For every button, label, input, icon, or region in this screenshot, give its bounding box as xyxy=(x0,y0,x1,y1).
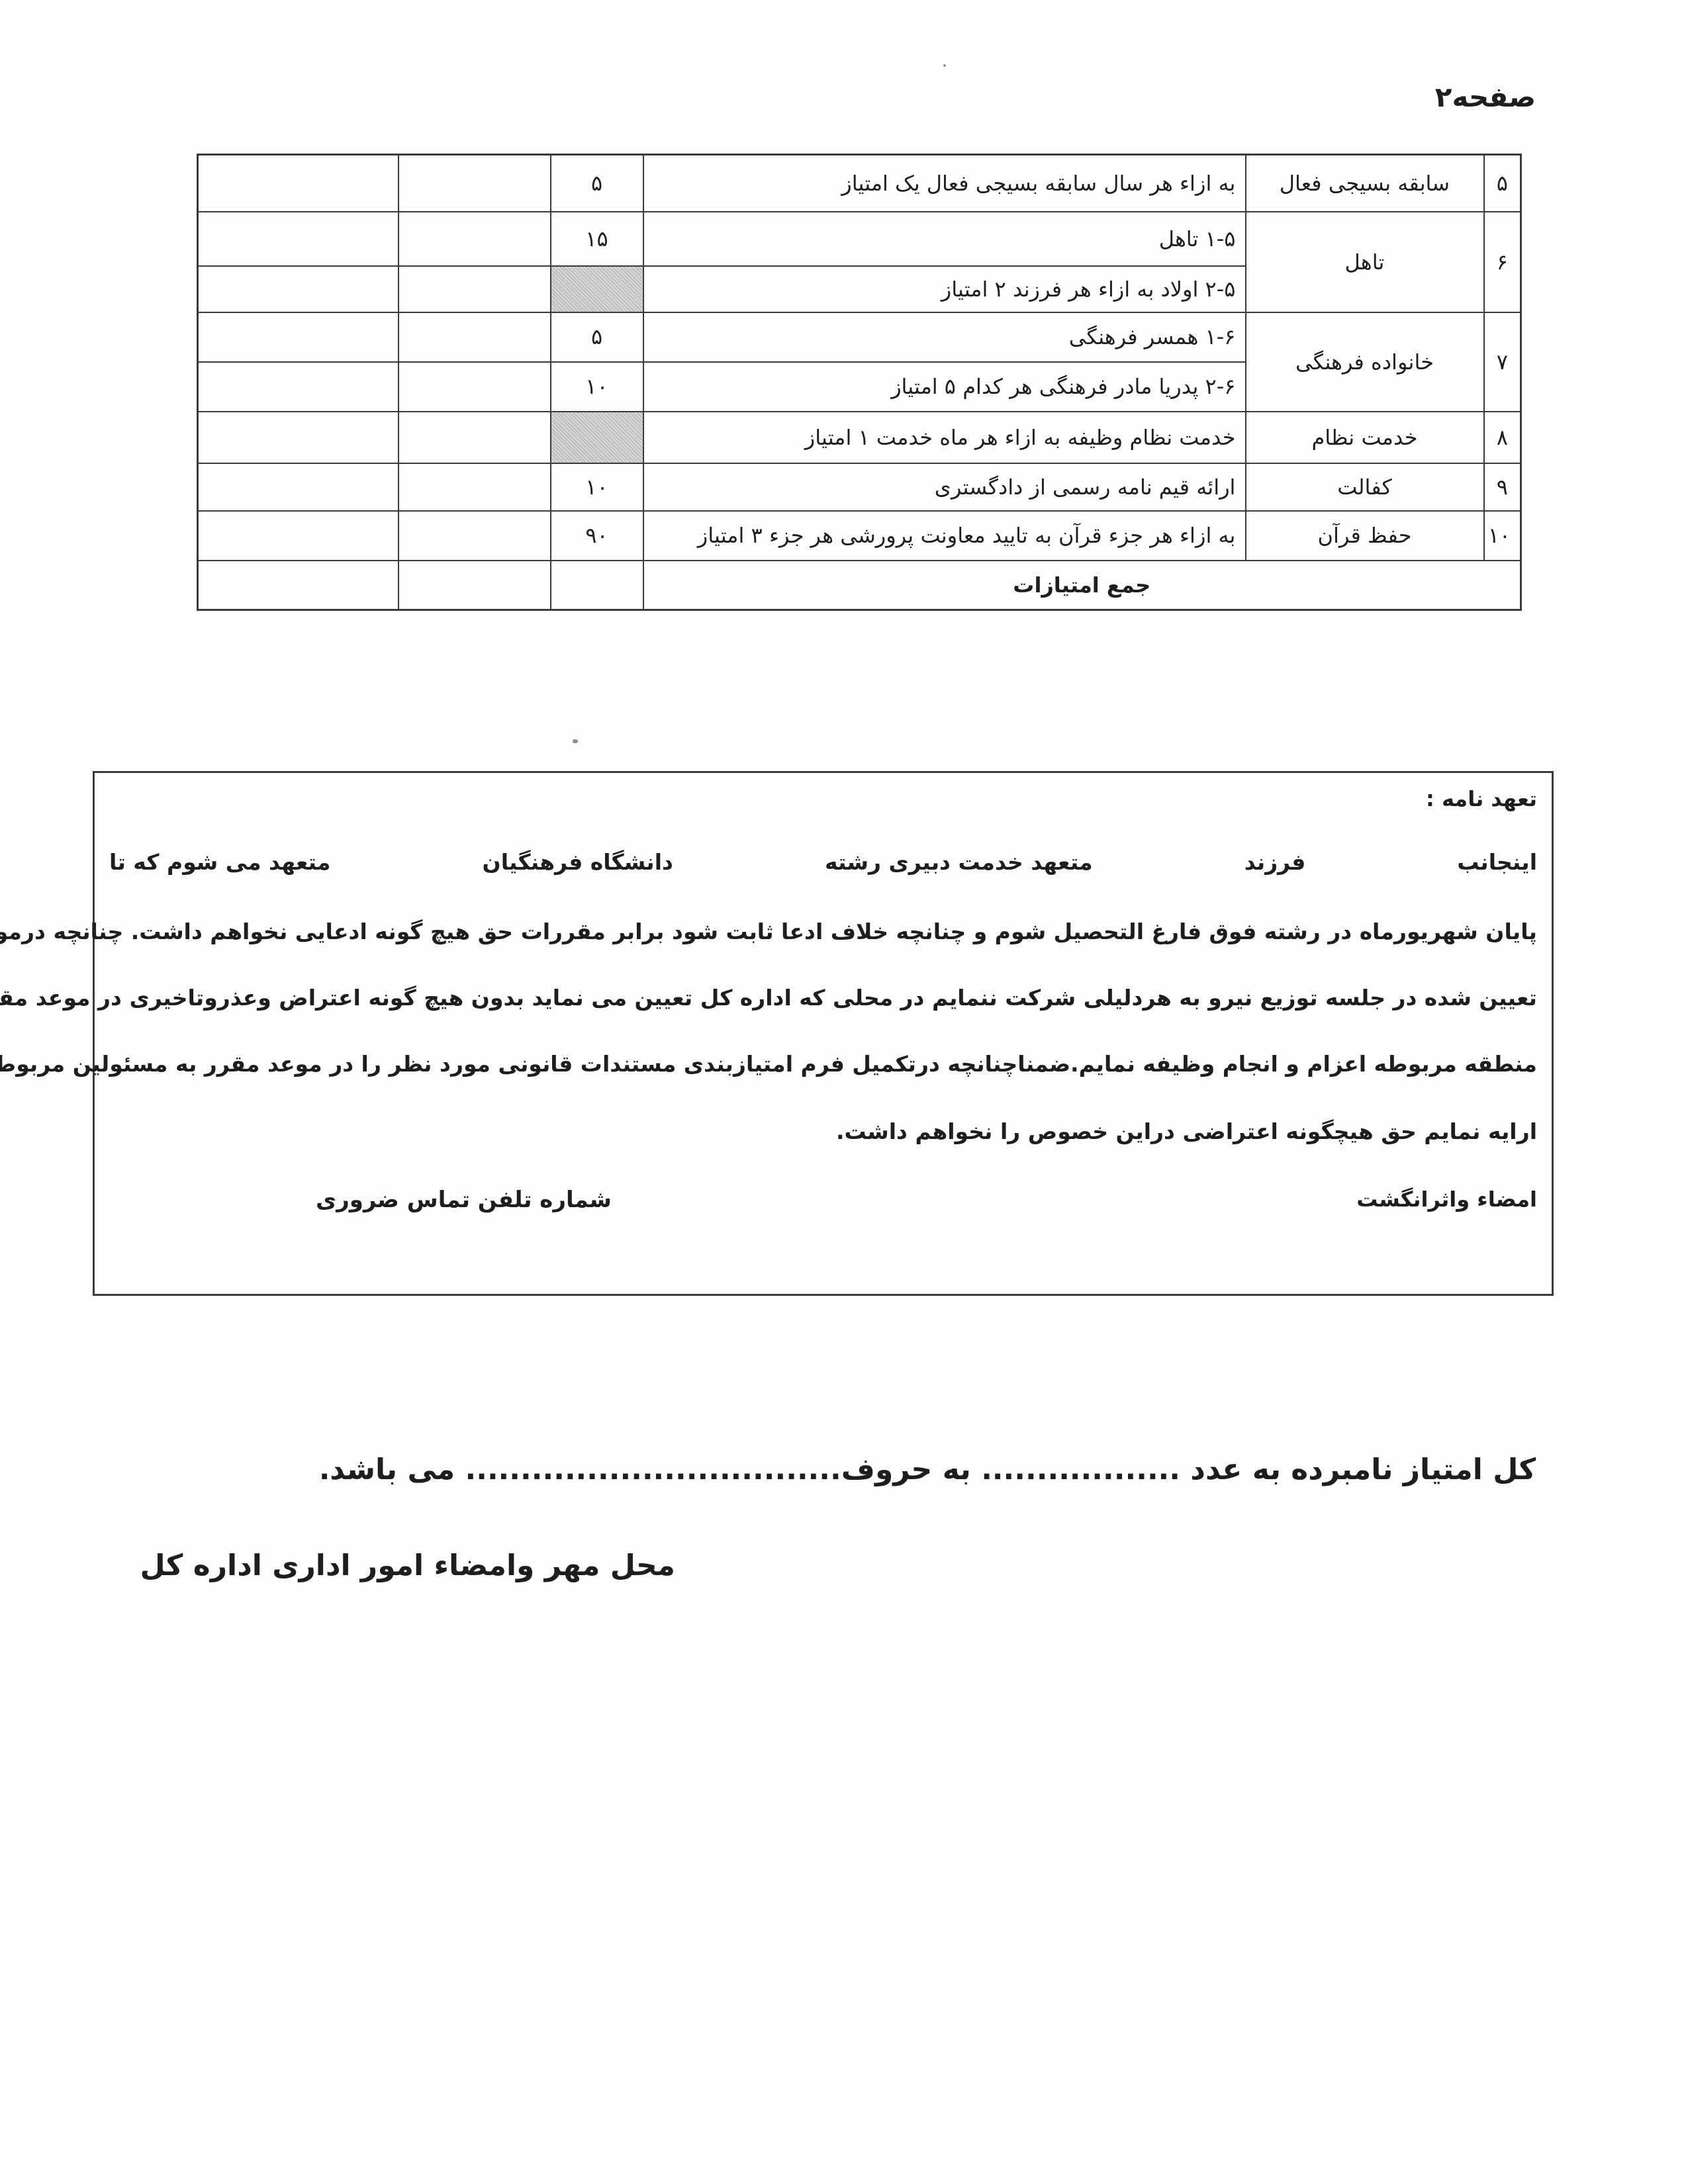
row-description: ۱-۵ تاهل xyxy=(643,212,1246,266)
verified-score-cell[interactable] xyxy=(198,155,399,212)
row-description: خدمت نظام وظیفه به ازاء هر ماه خدمت ۱ ام… xyxy=(643,412,1246,463)
row-number: ۶ xyxy=(1484,212,1521,312)
signature-label: امضاء واثرانگشت xyxy=(1356,1187,1537,1212)
row-category: تاهل xyxy=(1246,212,1484,312)
score-table: ۵سابقه بسیجی فعالبه ازاء هر سال سابقه بس… xyxy=(197,154,1522,611)
table-row: ۶تاهل۱-۵ تاهل۱۵ xyxy=(198,212,1521,266)
max-score-cell: ۵ xyxy=(551,312,643,362)
verified-score-cell[interactable] xyxy=(198,463,399,511)
applicant-score-cell[interactable] xyxy=(399,511,551,561)
score-cell-shaded xyxy=(551,266,643,312)
pledge-word: متعهد می شوم که تا xyxy=(109,849,330,875)
total-applicant-score-cell[interactable] xyxy=(399,561,551,610)
verified-score-cell[interactable] xyxy=(198,362,399,412)
pledge-word: دانشگاه فرهنگیان xyxy=(483,849,673,875)
applicant-score-cell[interactable] xyxy=(399,463,551,511)
total-label: جمع امتیازات xyxy=(643,561,1521,610)
pledge-word: اینجانب xyxy=(1457,849,1537,875)
table-row: ۹کفالتارائه قیم نامه رسمی از دادگستری۱۰ xyxy=(198,463,1521,511)
row-description: ۱-۶ همسر فرهنگی xyxy=(643,312,1246,362)
pledge-word: فرزند xyxy=(1244,849,1306,875)
applicant-score-cell[interactable] xyxy=(399,362,551,412)
applicant-score-cell[interactable] xyxy=(399,412,551,463)
score-cell-shaded xyxy=(551,412,643,463)
row-category: حفظ قرآن xyxy=(1246,511,1484,561)
row-category: خدمت نظام xyxy=(1246,412,1484,463)
table-row: ۱۰حفظ قرآنبه ازاء هر جزء قرآن به تایید م… xyxy=(198,511,1521,561)
stamp-signature-statement: محل مهر وامضاء امور اداری اداره کل xyxy=(140,1549,675,1582)
max-score-cell: ۵ xyxy=(551,155,643,212)
page-label: صفحه۲ xyxy=(1435,81,1536,113)
row-number: ۹ xyxy=(1484,463,1521,511)
row-description: ۲-۶ پدریا مادر فرهنگی هر کدام ۵ امتیاز xyxy=(643,362,1246,412)
row-number: ۵ xyxy=(1484,155,1521,212)
pledge-line: منطقه مربوطه اعزام و انجام وظیفه نمایم.ض… xyxy=(109,1051,1537,1077)
max-score-cell: ۱۵ xyxy=(551,212,643,266)
pledge-word: متعهد خدمت دبیری رشته xyxy=(825,849,1093,875)
pledge-first-line: اینجانب فرزند متعهد خدمت دبیری رشته دانش… xyxy=(109,849,1537,875)
score-table-body: ۵سابقه بسیجی فعالبه ازاء هر سال سابقه بس… xyxy=(198,155,1521,610)
verified-score-cell[interactable] xyxy=(198,412,399,463)
verified-score-cell[interactable] xyxy=(198,212,399,266)
row-number: ۸ xyxy=(1484,412,1521,463)
pledge-line: ارایه نمایم حق هیچگونه اعتراضی دراین خصو… xyxy=(109,1118,1537,1144)
row-number: ۱۰ xyxy=(1484,511,1521,561)
pledge-line: پایان شهریورماه در رشته فوق فارغ التحصیل… xyxy=(109,919,1537,944)
scan-speck xyxy=(573,739,578,743)
pledge-box: تعهد نامه : اینجانب فرزند متعهد خدمت دبی… xyxy=(93,771,1554,1296)
table-row: ۸خدمت نظامخدمت نظام وظیفه به ازاء هر ماه… xyxy=(198,412,1521,463)
row-description: به ازاء هر جزء قرآن به تایید معاونت پرور… xyxy=(643,511,1246,561)
row-description: ارائه قیم نامه رسمی از دادگستری xyxy=(643,463,1246,511)
pledge-title: تعهد نامه : xyxy=(1426,786,1537,811)
applicant-score-cell[interactable] xyxy=(399,312,551,362)
total-verified-score-cell[interactable] xyxy=(198,561,399,610)
pledge-line: تعیین شده در جلسه توزیع نیرو به هردلیلی … xyxy=(109,985,1537,1011)
verified-score-cell[interactable] xyxy=(198,511,399,561)
table-row: ۵سابقه بسیجی فعالبه ازاء هر سال سابقه بس… xyxy=(198,155,1521,212)
verified-score-cell[interactable] xyxy=(198,266,399,312)
verified-score-cell[interactable] xyxy=(198,312,399,362)
scan-speck xyxy=(943,64,946,67)
max-score-cell: ۱۰ xyxy=(551,463,643,511)
total-score-statement: کل امتیاز نامبرده به عدد ...............… xyxy=(319,1453,1536,1486)
applicant-score-cell[interactable] xyxy=(399,266,551,312)
row-category: سابقه بسیجی فعال xyxy=(1246,155,1484,212)
total-max-score-cell xyxy=(551,561,643,610)
table-row: ۷خانواده فرهنگی۱-۶ همسر فرهنگی۵ xyxy=(198,312,1521,362)
applicant-score-cell[interactable] xyxy=(399,155,551,212)
row-category: کفالت xyxy=(1246,463,1484,511)
row-description: ۲-۵ اولاد به ازاء هر فرزند ۲ امتیاز xyxy=(643,266,1246,312)
row-description: به ازاء هر سال سابقه بسیجی فعال یک امتیا… xyxy=(643,155,1246,212)
applicant-score-cell[interactable] xyxy=(399,212,551,266)
row-number: ۷ xyxy=(1484,312,1521,412)
max-score-cell: ۱۰ xyxy=(551,362,643,412)
phone-label: شماره تلفن تماس ضروری xyxy=(316,1187,612,1213)
total-row: جمع امتیازات xyxy=(198,561,1521,610)
max-score-cell: ۹۰ xyxy=(551,511,643,561)
row-category: خانواده فرهنگی xyxy=(1246,312,1484,412)
